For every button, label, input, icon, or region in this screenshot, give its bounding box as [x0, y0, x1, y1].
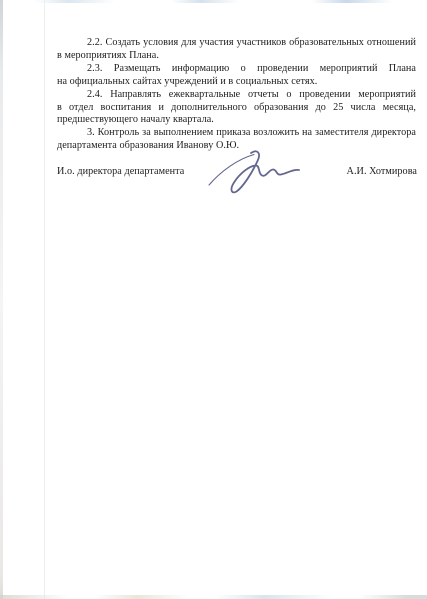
paragraph-line: 3. Контроль за выполнением приказа возло… — [57, 127, 416, 140]
order-body-text: 2.2. Создать условия для участия участни… — [57, 37, 416, 153]
signer-name: А.И. Хотмирова — [347, 166, 417, 177]
signer-position-label: И.о. директора департамента — [57, 166, 184, 177]
paragraph-line: в мероприятиях Плана. — [57, 50, 416, 63]
paragraph-line: предшествующего началу квартала. — [57, 114, 416, 127]
paragraph-line: на официальных сайтах учреждений и в соц… — [57, 76, 416, 89]
paragraph-line: 2.2. Создать условия для участия участни… — [57, 37, 416, 50]
scan-artifact-fold-line — [44, 0, 45, 599]
scan-artifact-top — [0, 0, 427, 3]
scanned-document-page: 2.2. Создать условия для участия участни… — [0, 0, 427, 599]
paragraph-line: 2.3. Размещать информацию о проведении м… — [57, 63, 416, 76]
scan-artifact-bottom — [0, 595, 427, 599]
paragraph-line: 2.4. Направлять ежеквартальные отчеты о … — [57, 89, 416, 102]
scan-artifact-left-edge — [0, 0, 3, 599]
handwritten-signature-icon — [201, 140, 308, 206]
paragraph-line: в отдел воспитания и дополнительного обр… — [57, 102, 416, 115]
